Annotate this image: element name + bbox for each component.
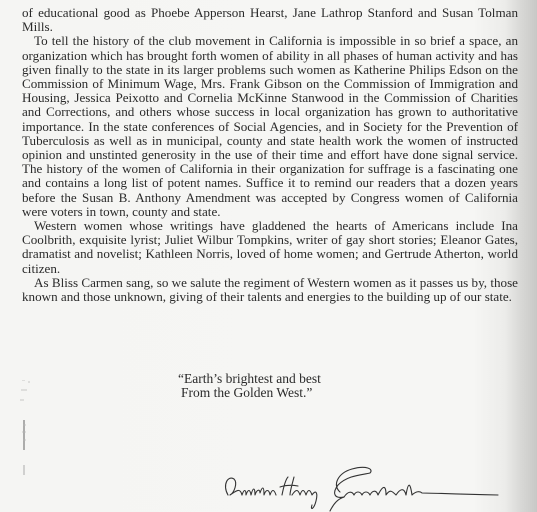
signature: Aurelia Henry Reinhardt: [220, 465, 510, 512]
closing-quotation: “Earth’s brightest and best From the Gol…: [178, 372, 368, 400]
margin-bleed-marks: [18, 380, 38, 480]
paragraph-4: As Bliss Carmen sang, so we salute the r…: [22, 276, 518, 304]
quote-line-2: From the Golden West.”: [178, 386, 368, 400]
paragraph-1: of educational good as Phoebe Apperson H…: [22, 6, 518, 34]
quote-line-1: “Earth’s brightest and best: [178, 372, 368, 386]
paragraph-3: Western women whose writings have gladde…: [22, 219, 518, 276]
body-text: of educational good as Phoebe Apperson H…: [22, 6, 518, 304]
scanned-page: of educational good as Phoebe Apperson H…: [0, 0, 537, 512]
paragraph-2: To tell the history of the club movement…: [22, 34, 518, 219]
